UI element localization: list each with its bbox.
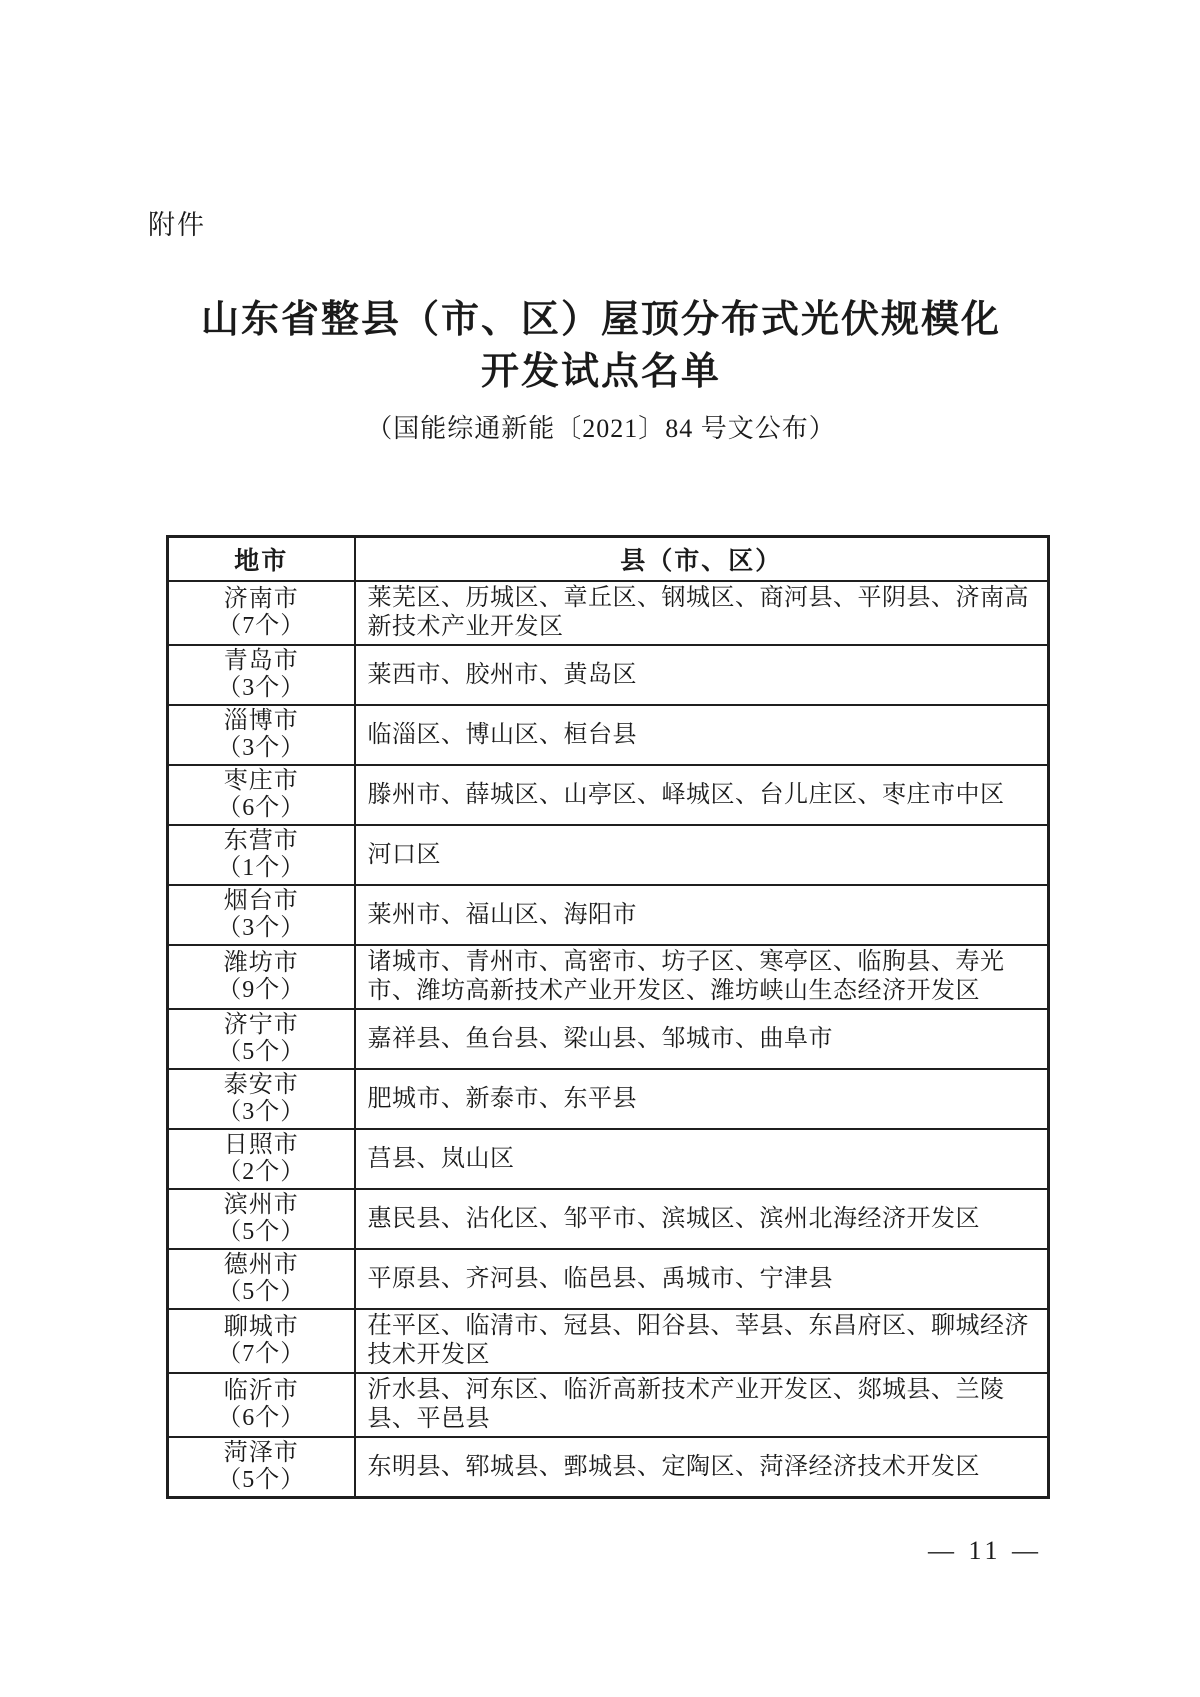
city-count: （5个） [171,1279,352,1306]
table-row: 菏泽市（5个）东明县、郓城县、鄄城县、定陶区、菏泽经济技术开发区 [168,1437,1049,1498]
city-cell: 日照市（2个） [168,1129,355,1189]
table-row: 济宁市（5个）嘉祥县、鱼台县、梁山县、邹城市、曲阜市 [168,1009,1049,1069]
table-row: 日照市（2个）莒县、岚山区 [168,1129,1049,1189]
city-name: 日照市 [171,1132,352,1159]
city-name: 潍坊市 [171,950,352,977]
city-cell: 临沂市（6个） [168,1373,355,1437]
counties-cell: 莱西市、胶州市、黄岛区 [355,645,1049,705]
city-count: （3个） [171,735,352,762]
document-title-line2: 开发试点名单 [150,346,1052,398]
city-count: （3个） [171,915,352,942]
table-body: 济南市（7个）莱芜区、历城区、章丘区、钢城区、商河县、平阴县、济南高新技术产业开… [168,581,1049,1498]
city-name: 济宁市 [171,1012,352,1039]
city-name: 东营市 [171,828,352,855]
table-row: 滨州市（5个）惠民县、沾化区、邹平市、滨城区、滨州北海经济开发区 [168,1189,1049,1249]
city-name: 泰安市 [171,1072,352,1099]
counties-cell: 肥城市、新泰市、东平县 [355,1069,1049,1129]
city-cell: 枣庄市（6个） [168,765,355,825]
city-count: （3个） [171,1099,352,1126]
document-page: 附件 山东省整县（市、区）屋顶分布式光伏规模化 开发试点名单 （国能综通新能〔2… [0,0,1200,1697]
column-header-city: 地市 [168,536,355,581]
city-name: 临沂市 [171,1378,352,1405]
pilot-list-table: 地市 县（市、区） 济南市（7个）莱芜区、历城区、章丘区、钢城区、商河县、平阴县… [166,535,1050,1500]
city-count: （1个） [171,855,352,882]
page-number: — 11 — [928,1536,1042,1566]
table-row: 泰安市（3个）肥城市、新泰市、东平县 [168,1069,1049,1129]
city-cell: 泰安市（3个） [168,1069,355,1129]
document-subtitle: （国能综通新能〔2021〕84 号文公布） [150,408,1052,445]
city-count: （9个） [171,977,352,1004]
counties-cell: 茌平区、临清市、冠县、阳谷县、莘县、东昌府区、聊城经济技术开发区 [355,1309,1049,1373]
counties-cell: 东明县、郓城县、鄄城县、定陶区、菏泽经济技术开发区 [355,1437,1049,1498]
city-cell: 滨州市（5个） [168,1189,355,1249]
city-name: 青岛市 [171,648,352,675]
table-row: 枣庄市（6个）滕州市、薛城区、山亭区、峄城区、台儿庄区、枣庄市中区 [168,765,1049,825]
document-title: 山东省整县（市、区）屋顶分布式光伏规模化 开发试点名单 [150,294,1052,399]
counties-cell: 沂水县、河东区、临沂高新技术产业开发区、郯城县、兰陵县、平邑县 [355,1373,1049,1437]
city-count: （3个） [171,675,352,702]
counties-cell: 惠民县、沾化区、邹平市、滨城区、滨州北海经济开发区 [355,1189,1049,1249]
city-count: （6个） [171,795,352,822]
table-row: 烟台市（3个）莱州市、福山区、海阳市 [168,885,1049,945]
attachment-label: 附件 [148,203,1200,242]
city-cell: 青岛市（3个） [168,645,355,705]
counties-cell: 临淄区、博山区、桓台县 [355,705,1049,765]
city-cell: 聊城市（7个） [168,1309,355,1373]
counties-cell: 滕州市、薛城区、山亭区、峄城区、台儿庄区、枣庄市中区 [355,765,1049,825]
city-cell: 烟台市（3个） [168,885,355,945]
city-cell: 潍坊市（9个） [168,945,355,1009]
column-header-counties: 县（市、区） [355,536,1049,581]
city-name: 淄博市 [171,708,352,735]
city-name: 德州市 [171,1252,352,1279]
table-row: 潍坊市（9个）诸城市、青州市、高密市、坊子区、寒亭区、临朐县、寿光市、潍坊高新技… [168,945,1049,1009]
counties-cell: 诸城市、青州市、高密市、坊子区、寒亭区、临朐县、寿光市、潍坊高新技术产业开发区、… [355,945,1049,1009]
city-count: （2个） [171,1159,352,1186]
city-cell: 菏泽市（5个） [168,1437,355,1498]
city-name: 聊城市 [171,1314,352,1341]
counties-cell: 嘉祥县、鱼台县、梁山县、邹城市、曲阜市 [355,1009,1049,1069]
table-row: 青岛市（3个）莱西市、胶州市、黄岛区 [168,645,1049,705]
city-name: 滨州市 [171,1192,352,1219]
city-cell: 德州市（5个） [168,1249,355,1309]
city-count: （5个） [171,1467,352,1494]
city-count: （7个） [171,613,352,640]
city-cell: 济宁市（5个） [168,1009,355,1069]
city-name: 菏泽市 [171,1440,352,1467]
document-content: 山东省整县（市、区）屋顶分布式光伏规模化 开发试点名单 （国能综通新能〔2021… [150,294,1052,1499]
city-count: （5个） [171,1039,352,1066]
city-name: 烟台市 [171,888,352,915]
table-row: 德州市（5个）平原县、齐河县、临邑县、禹城市、宁津县 [168,1249,1049,1309]
counties-cell: 莱州市、福山区、海阳市 [355,885,1049,945]
city-count: （7个） [171,1341,352,1368]
city-count: （6个） [171,1405,352,1432]
counties-cell: 平原县、齐河县、临邑县、禹城市、宁津县 [355,1249,1049,1309]
document-title-line1: 山东省整县（市、区）屋顶分布式光伏规模化 [150,294,1052,346]
counties-cell: 莒县、岚山区 [355,1129,1049,1189]
table-row: 淄博市（3个）临淄区、博山区、桓台县 [168,705,1049,765]
city-cell: 淄博市（3个） [168,705,355,765]
table-row: 东营市（1个）河口区 [168,825,1049,885]
table-header: 地市 县（市、区） [168,536,1049,581]
counties-cell: 河口区 [355,825,1049,885]
counties-cell: 莱芜区、历城区、章丘区、钢城区、商河县、平阴县、济南高新技术产业开发区 [355,581,1049,645]
table-header-row: 地市 县（市、区） [168,536,1049,581]
city-cell: 济南市（7个） [168,581,355,645]
city-name: 枣庄市 [171,768,352,795]
city-cell: 东营市（1个） [168,825,355,885]
table-row: 济南市（7个）莱芜区、历城区、章丘区、钢城区、商河县、平阴县、济南高新技术产业开… [168,581,1049,645]
table-row: 聊城市（7个）茌平区、临清市、冠县、阳谷县、莘县、东昌府区、聊城经济技术开发区 [168,1309,1049,1373]
table-row: 临沂市（6个）沂水县、河东区、临沂高新技术产业开发区、郯城县、兰陵县、平邑县 [168,1373,1049,1437]
city-count: （5个） [171,1219,352,1246]
city-name: 济南市 [171,586,352,613]
